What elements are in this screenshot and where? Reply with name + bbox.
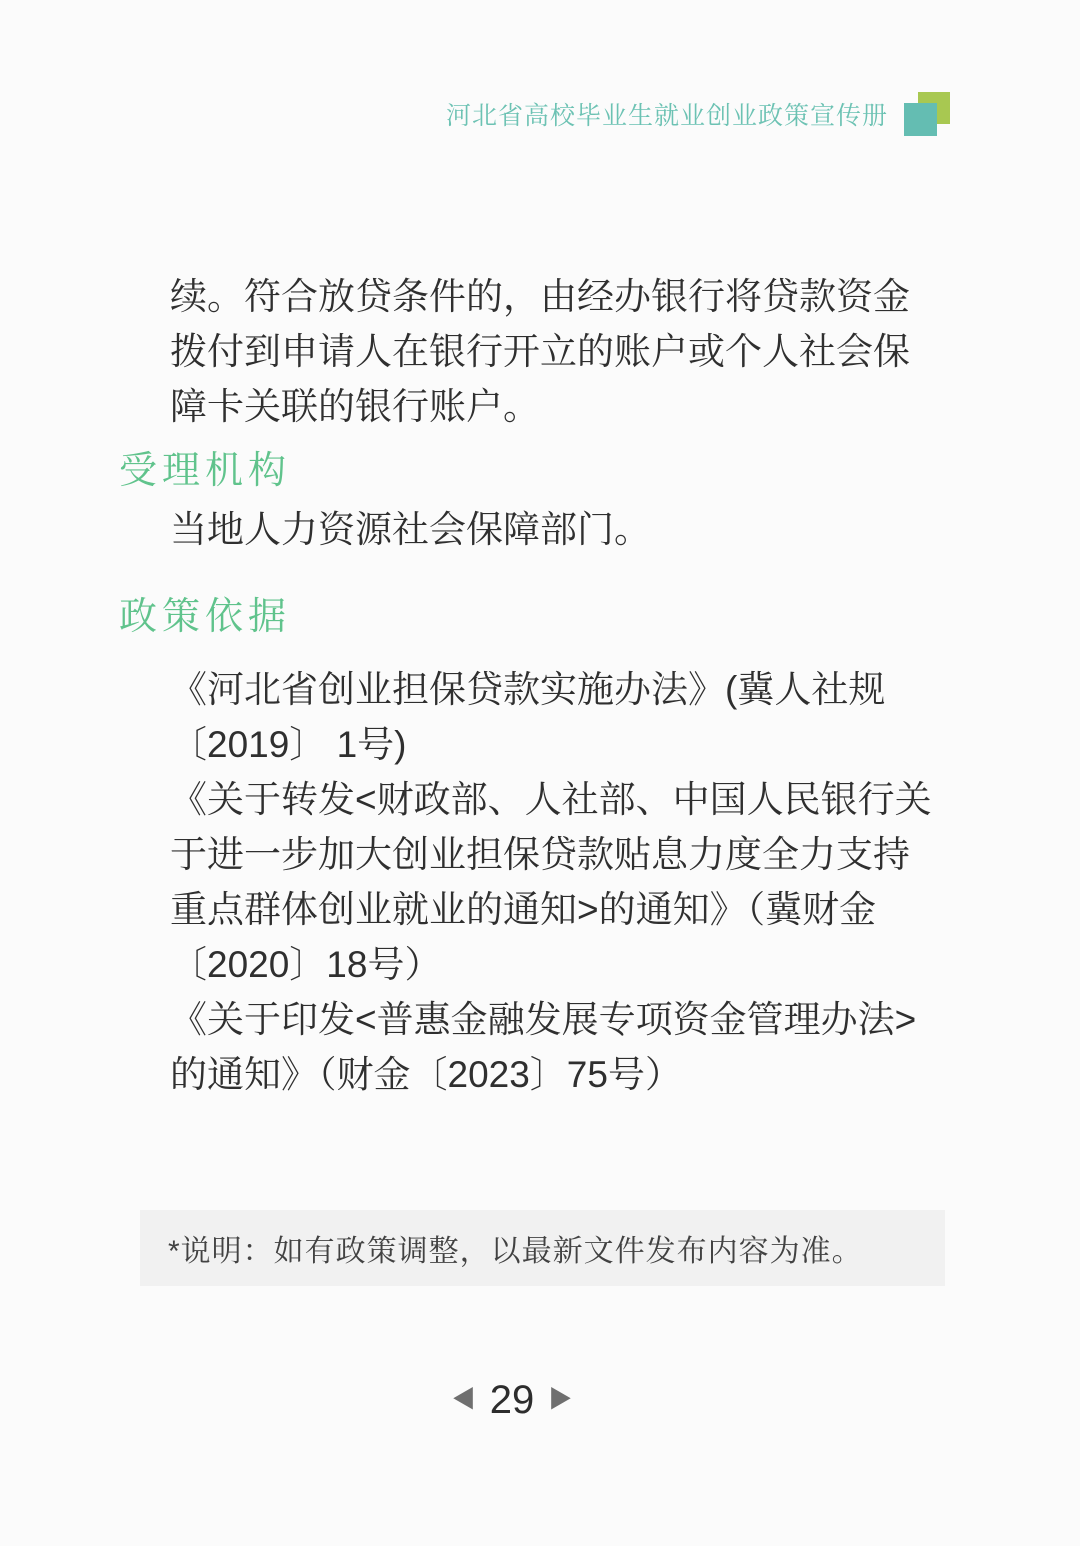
page-header: 河北省高校毕业生就业创业政策宣传册 [0,92,950,136]
policy-basis-list: 《河北省创业担保贷款实施办法》(冀人社规 〔2019〕 1号) 《关于转发<财政… [120,662,970,1102]
section-heading-policy-basis: 政策依据 [119,598,291,636]
list-item-text: 当地人力资源社会保障部门。 [170,502,651,557]
policy-brochure-page: 河北省高校毕业生就业创业政策宣传册 续。符合放贷条件的，由经办银行将贷款资金 拨… [0,0,1080,1546]
section-heading-accepting-agency: 受理机构 [119,452,291,490]
list-item: 《关于印发<普惠金融发展专项资金管理办法> 的通知》（财金〔2023〕75号） [120,992,970,1102]
intro-paragraph: 续。符合放贷条件的，由经办银行将贷款资金 拨付到申请人在银行开立的账户或个人社会… [170,269,970,434]
header-title: 河北省高校毕业生就业创业政策宣传册 [446,96,888,132]
prev-page-arrow-icon: ◀ [452,1388,476,1412]
bullet-cell [120,772,170,790]
note-box: *说明：如有政策调整，以最新文件发布内容为准。 [140,1210,945,1286]
list-item: 当地人力资源社会保障部门。 [120,502,970,557]
page-footer: ◀ 29 ▶ [0,1372,1024,1428]
bullet-cell [120,502,170,520]
overlapping-squares-icon [904,92,950,136]
list-item-text: 《关于印发<普惠金融发展专项资金管理办法> 的通知》（财金〔2023〕75号） [170,992,916,1102]
list-item-text: 《关于转发<财政部、人社部、中国人民银行关 于进一步加大创业担保贷款贴息力度全力… [170,772,932,992]
icon-square-teal [904,103,937,136]
page-number: 29 [490,1380,535,1420]
list-item-text: 《河北省创业担保贷款实施办法》(冀人社规 〔2019〕 1号) [170,662,885,772]
list-item: 《河北省创业担保贷款实施办法》(冀人社规 〔2019〕 1号) [120,662,970,772]
next-page-arrow-icon: ▶ [548,1388,572,1412]
bullet-cell [120,662,170,680]
list-item: 《关于转发<财政部、人社部、中国人民银行关 于进一步加大创业担保贷款贴息力度全力… [120,772,970,992]
note-text: *说明：如有政策调整，以最新文件发布内容为准。 [168,1226,863,1270]
bullet-cell [120,992,170,1010]
accepting-agency-list: 当地人力资源社会保障部门。 [120,502,970,557]
